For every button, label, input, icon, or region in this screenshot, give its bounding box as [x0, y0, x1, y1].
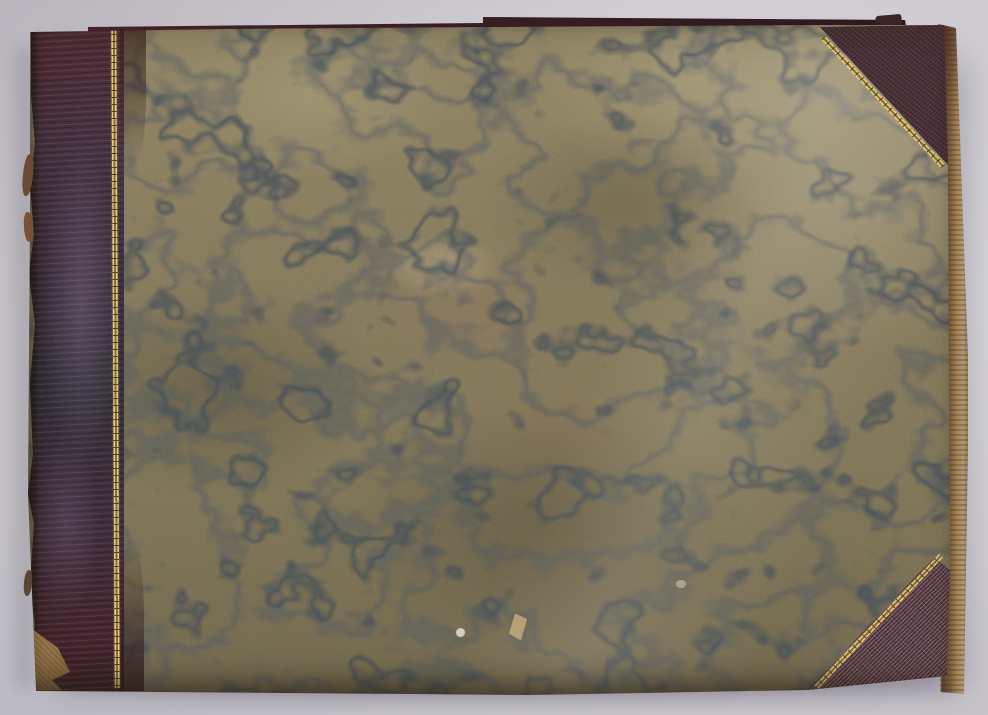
spine-leather [28, 24, 124, 691]
marble-texture [28, 14, 968, 695]
cover-vignette [28, 14, 968, 695]
scuff-mark [676, 580, 686, 588]
spine-leather-overlap-bottom [118, 539, 144, 691]
photo-background [0, 0, 988, 715]
paper-sheen [28, 14, 968, 695]
leather-flake [23, 570, 33, 597]
book [28, 14, 968, 695]
scuff-mark [456, 628, 465, 637]
marbled-paper-cover [28, 14, 968, 695]
scuff-mark [508, 613, 527, 641]
corner-leather-bottom-right [28, 14, 968, 695]
corner-leather-top-right [28, 14, 968, 695]
spine-leather-overlap-top [120, 26, 146, 166]
